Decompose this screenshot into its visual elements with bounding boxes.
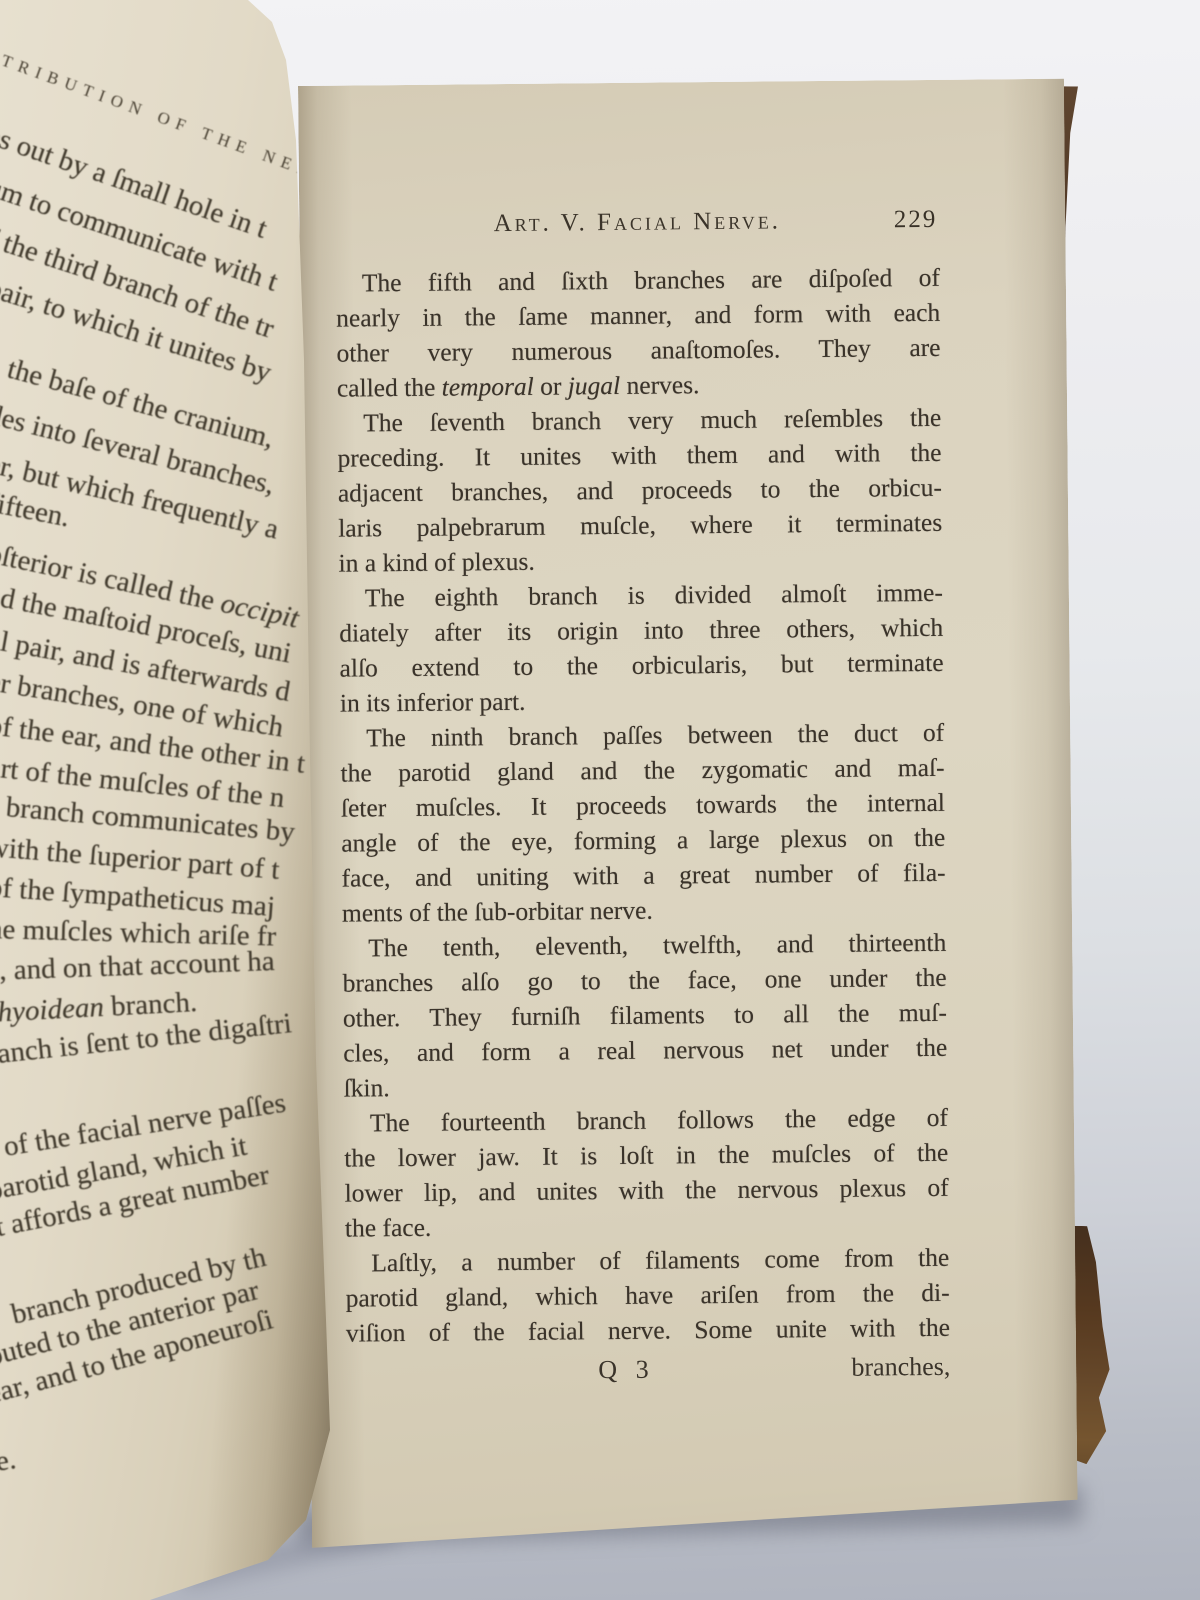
catchword: branches, xyxy=(851,1352,950,1383)
text-line: the lower jaw. It is loſt in the muſcles… xyxy=(344,1135,948,1176)
book-page-right: Art. V. Facial Nerve. 229 The fifth and … xyxy=(298,79,1078,1548)
page-number: 229 xyxy=(894,206,938,234)
paragraph: The fifth and ſixth branches are diſpoſe… xyxy=(336,260,941,406)
text-line: alſo extend to the orbicularis, but term… xyxy=(339,645,943,686)
text-line: ſkin. xyxy=(343,1065,947,1106)
text-line: in its inferior part. xyxy=(340,680,944,721)
page-footer: Q 3 branches, xyxy=(346,1352,950,1398)
text-line: called the temporal or jugal nerves. xyxy=(337,365,941,406)
text-line: The ſeventh branch very much reſembles t… xyxy=(337,400,941,441)
text-line: the face. xyxy=(345,1205,949,1246)
text-line: branches alſo go to the face, one under … xyxy=(342,960,946,1001)
paragraph: The eighth branch is divided almoſt imme… xyxy=(339,575,944,721)
body-text: The fifth and ſixth branches are diſpoſe… xyxy=(336,260,950,1351)
text-line: The fourteenth branch follows the edge o… xyxy=(344,1100,948,1141)
text-line: The tenth, eleventh, twelfth, and thirte… xyxy=(342,925,946,966)
text-line: s, and on that account ha xyxy=(0,945,275,988)
article-heading: Art. V. Facial Nerve. xyxy=(335,206,939,240)
paragraph: The ſeventh branch very much reſembles t… xyxy=(337,400,943,581)
text-line: Laſtly, a number of filaments come from … xyxy=(345,1240,949,1281)
text-line: preceding. It unites with them and with … xyxy=(337,435,941,476)
text-line: The eighth branch is divided almoſt imme… xyxy=(339,575,943,616)
text-line: the parotid gland and the zygomatic and … xyxy=(340,750,944,791)
text-line: cles, and form a real nervous net under … xyxy=(343,1030,947,1071)
right-page-text-block: Art. V. Facial Nerve. 229 The fifth and … xyxy=(334,80,952,1548)
text-line: lower lip, and unites with the nervous p… xyxy=(344,1170,948,1211)
signature-mark: Q 3 xyxy=(598,1355,655,1386)
text-line: ments of the ſub-orbitar nerve. xyxy=(342,890,946,931)
open-book-photo: Art. V. Facial Nerve. 229 The fifth and … xyxy=(0,0,1200,1600)
text-line: ſeter muſcles. It proceeds towards the i… xyxy=(341,785,945,826)
running-head: Art. V. Facial Nerve. 229 xyxy=(335,206,939,252)
text-line: le. xyxy=(0,1443,18,1480)
paragraph: The fourteenth branch follows the edge o… xyxy=(344,1100,949,1246)
text-line: parotid gland, which have ariſen from th… xyxy=(345,1275,949,1316)
text-line: nearly in the ſame manner, and form with… xyxy=(336,295,940,336)
paragraph: Laſtly, a number of filaments come from … xyxy=(345,1240,950,1351)
text-line: other very numerous anaſtomoſes. They ar… xyxy=(336,330,940,371)
text-line: angle of the eye, forming a large plexus… xyxy=(341,820,945,861)
text-line: diately after its origin into three othe… xyxy=(339,610,943,651)
text-line: viſion of the facial nerve. Some unite w… xyxy=(346,1310,950,1351)
book-page-left-curled: TRIBUTION OF THE NERV es out by a ſmall … xyxy=(0,0,334,1600)
paragraph: The tenth, eleventh, twelfth, and thirte… xyxy=(342,925,948,1106)
left-page-text-fragments: es out by a ſmall hole in tum to communi… xyxy=(0,0,334,1600)
text-line: face, and uniting with a great number of… xyxy=(341,855,945,896)
text-line: laris palpebrarum muſcle, where it termi… xyxy=(338,505,942,546)
paragraph: The ninth branch paſſes between the duct… xyxy=(340,715,946,931)
text-line: The ninth branch paſſes between the duct… xyxy=(340,715,944,756)
text-line: adjacent branches, and proceeds to the o… xyxy=(338,470,942,511)
text-line: in a kind of plexus. xyxy=(338,540,942,581)
text-line: other. They furniſh filaments to all the… xyxy=(343,995,947,1036)
text-line: The fifth and ſixth branches are diſpoſe… xyxy=(336,260,940,301)
